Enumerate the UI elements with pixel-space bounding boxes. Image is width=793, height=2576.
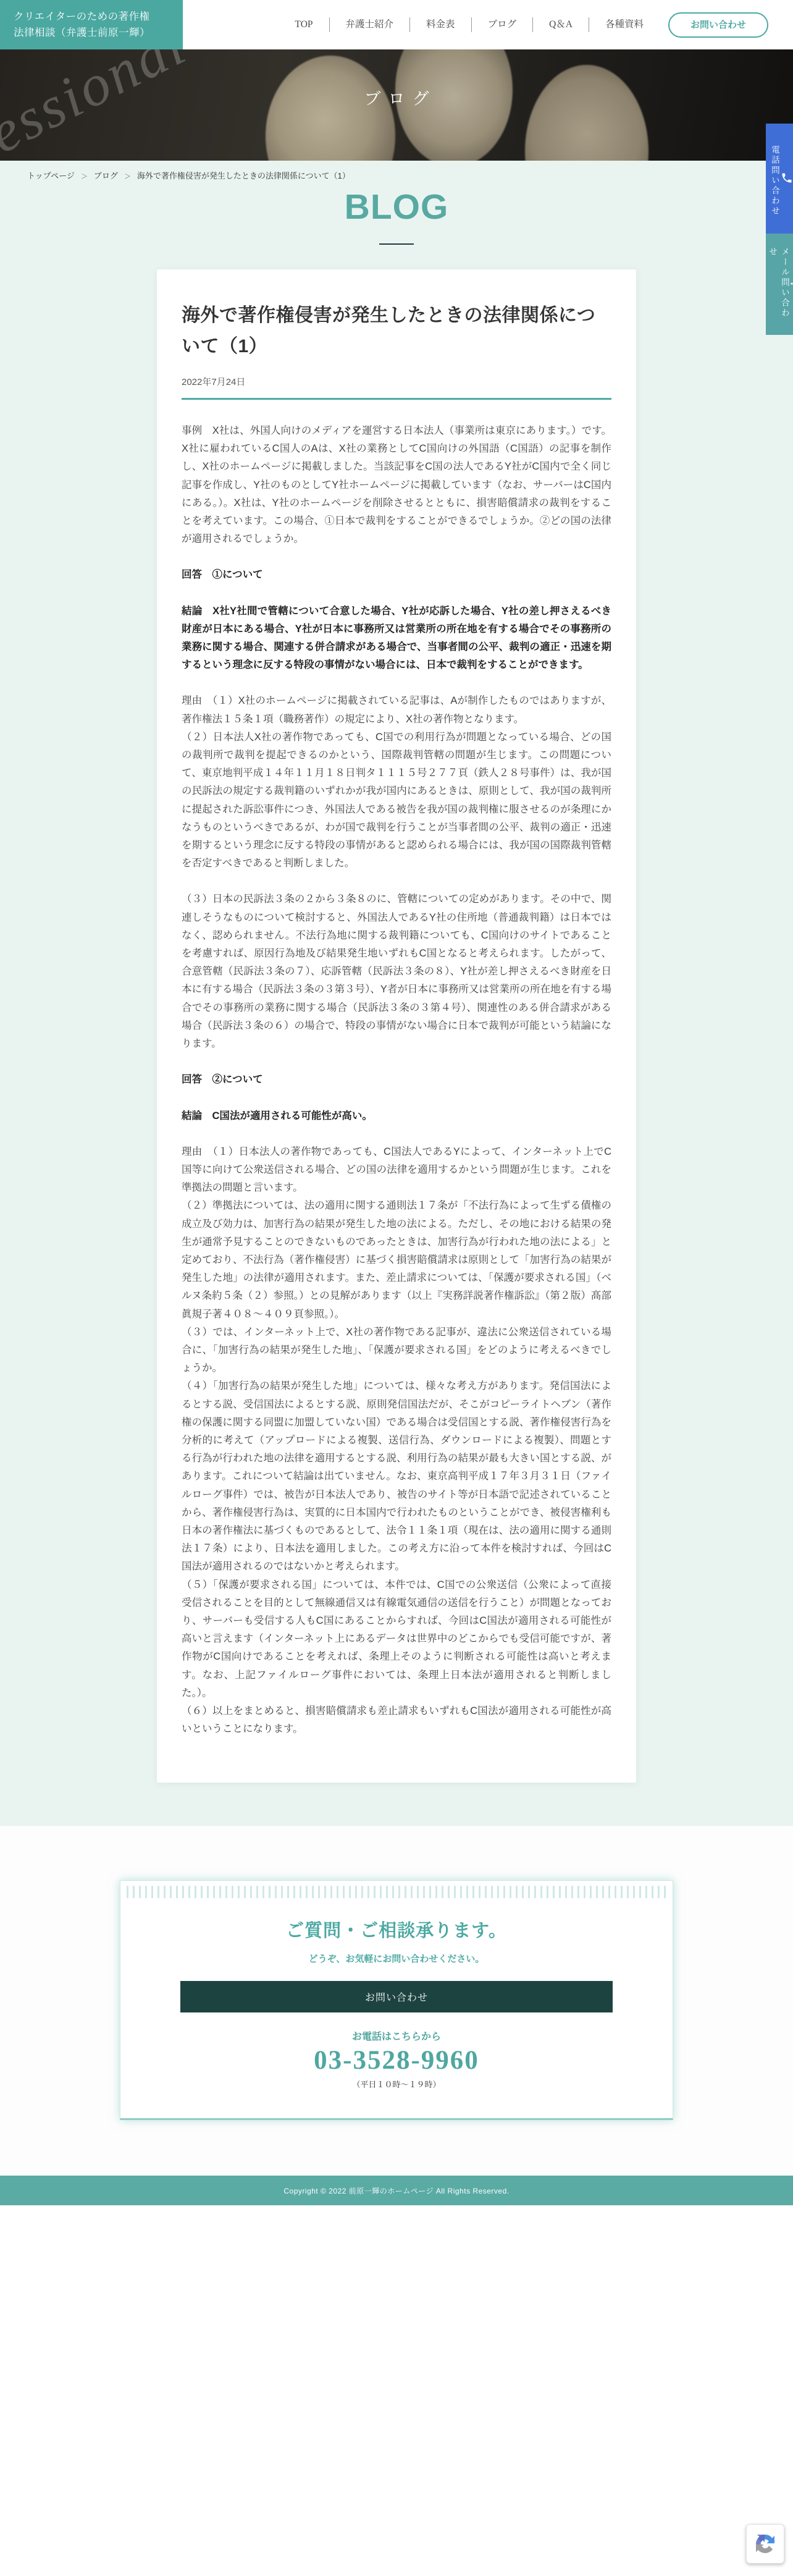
phone-icon — [781, 172, 793, 184]
article-date: 2022年7月24日 — [182, 375, 611, 388]
phone-tab-label: 電話問い合わせ — [768, 145, 781, 217]
hero-banner: essional ブログ — [0, 49, 793, 161]
header-contact-button[interactable]: お問い合わせ — [668, 12, 768, 38]
article-paragraph: 回答 ①について — [182, 566, 611, 584]
recaptcha-badge[interactable] — [746, 2524, 784, 2564]
hero-gear-decoration — [525, 65, 648, 161]
breadcrumb-current: 海外で著作権侵害が発生したときの法律関係について（1） — [137, 171, 350, 180]
nav-item-price-list[interactable]: 料金表 — [410, 17, 472, 32]
nav-item-top[interactable]: TOP — [279, 17, 330, 32]
contact-subtitle: どうぞ、お気軽にお問い合わせください。 — [150, 1952, 643, 1965]
phone-inquiry-tab[interactable]: 電話問い合わせ — [766, 124, 793, 234]
article-divider — [182, 398, 611, 400]
breadcrumb-separator: ＞ — [124, 173, 131, 180]
contact-title: ご質問・ご相談承ります。 — [150, 1917, 643, 1942]
heading-underline — [379, 243, 414, 245]
article-paragraph: 結論 C国法が適用される可能性が高い。 — [182, 1107, 611, 1125]
article-paragraph: 結論 X社Y社間で管轄について合意した場合、Y社が応訴した場合、Y社の差し押さえ… — [182, 602, 611, 675]
logo-line1: クリエイターのための著作権 — [14, 9, 183, 25]
article-paragraph: 理由 （１）X社のホームページに掲載されている記事は、Aが制作したものではありま… — [182, 692, 611, 872]
contact-button[interactable]: お問い合わせ — [180, 1981, 613, 2012]
article-paragraph: 理由 （１）日本法人の著作物であっても、C国法人であるYによって、インターネット… — [182, 1143, 611, 1739]
main-nav: TOP 弁護士紹介 料金表 ブログ Q＆A 各種資料 お問い合わせ — [183, 0, 793, 49]
contact-section: ご質問・ご相談承ります。 どうぞ、お気軽にお問い合わせください。 お問い合わせ … — [0, 1826, 793, 2176]
article-body: 事例 X社は、外国人向けのメディアを運営する日本法人（事業所は東京にあります。）… — [182, 422, 611, 1738]
breadcrumb-home[interactable]: トップページ — [27, 171, 75, 180]
mail-inquiry-tab[interactable]: メール問い合わせ — [766, 234, 793, 335]
footer: Copyright © 2022 前原一輝のホームページ All Rights … — [0, 2176, 793, 2205]
header: クリエイターのための著作権 法律相談（弁護士前原一輝） TOP 弁護士紹介 料金… — [0, 0, 793, 49]
page: クリエイターのための著作権 法律相談（弁護士前原一輝） TOP 弁護士紹介 料金… — [0, 0, 793, 2576]
nav-item-lawyer-profile[interactable]: 弁護士紹介 — [330, 17, 411, 32]
breadcrumb-blog[interactable]: ブログ — [94, 171, 118, 180]
phone-label: お電話はこちらから — [150, 2029, 643, 2043]
logo-line2: 法律相談（弁護士前原一輝） — [14, 25, 183, 41]
page-title: BLOG — [0, 190, 793, 225]
mail-icon — [791, 277, 793, 290]
nav-item-qa[interactable]: Q＆A — [533, 17, 589, 32]
blog-section: トップページ＞ブログ＞海外で著作権侵害が発生したときの法律関係について（1） B… — [0, 161, 793, 1826]
nav-item-blog[interactable]: ブログ — [472, 17, 534, 32]
bottom-area — [0, 2205, 793, 2576]
article-paragraph: 事例 X社は、外国人向けのメディアを運営する日本法人（事業所は東京にあります。）… — [182, 422, 611, 548]
article-paragraph: （３）日本の民訴法３条の２から３条８のに、管轄についての定めがあります。その中で… — [182, 890, 611, 1053]
article-paragraph: 回答 ②について — [182, 1071, 611, 1089]
phone-hours: （平日１０時～１９時） — [150, 2078, 643, 2090]
hero-title: ブログ — [0, 85, 793, 109]
breadcrumb-separator: ＞ — [81, 173, 88, 180]
nav-item-documents[interactable]: 各種資料 — [589, 17, 660, 32]
mail-tab-label: メール問い合わせ — [766, 247, 791, 326]
contact-card: ご質問・ご相談承ります。 どうぞ、お気軽にお問い合わせください。 お問い合わせ … — [120, 1880, 673, 2120]
article-title: 海外で著作権侵害が発生したときの法律関係について（1） — [182, 300, 611, 361]
site-logo[interactable]: クリエイターのための著作権 法律相談（弁護士前原一輝） — [0, 0, 183, 49]
phone-number-link[interactable]: 03-3528-9960 — [150, 2045, 643, 2076]
copyright-text: Copyright © 2022 前原一輝のホームページ All Rights … — [283, 2185, 509, 2196]
article-card: 海外で著作権侵害が発生したときの法律関係について（1） 2022年7月24日 事… — [157, 269, 636, 1783]
breadcrumb: トップページ＞ブログ＞海外で著作権侵害が発生したときの法律関係について（1） — [0, 169, 793, 181]
recaptcha-icon — [754, 2533, 776, 2555]
